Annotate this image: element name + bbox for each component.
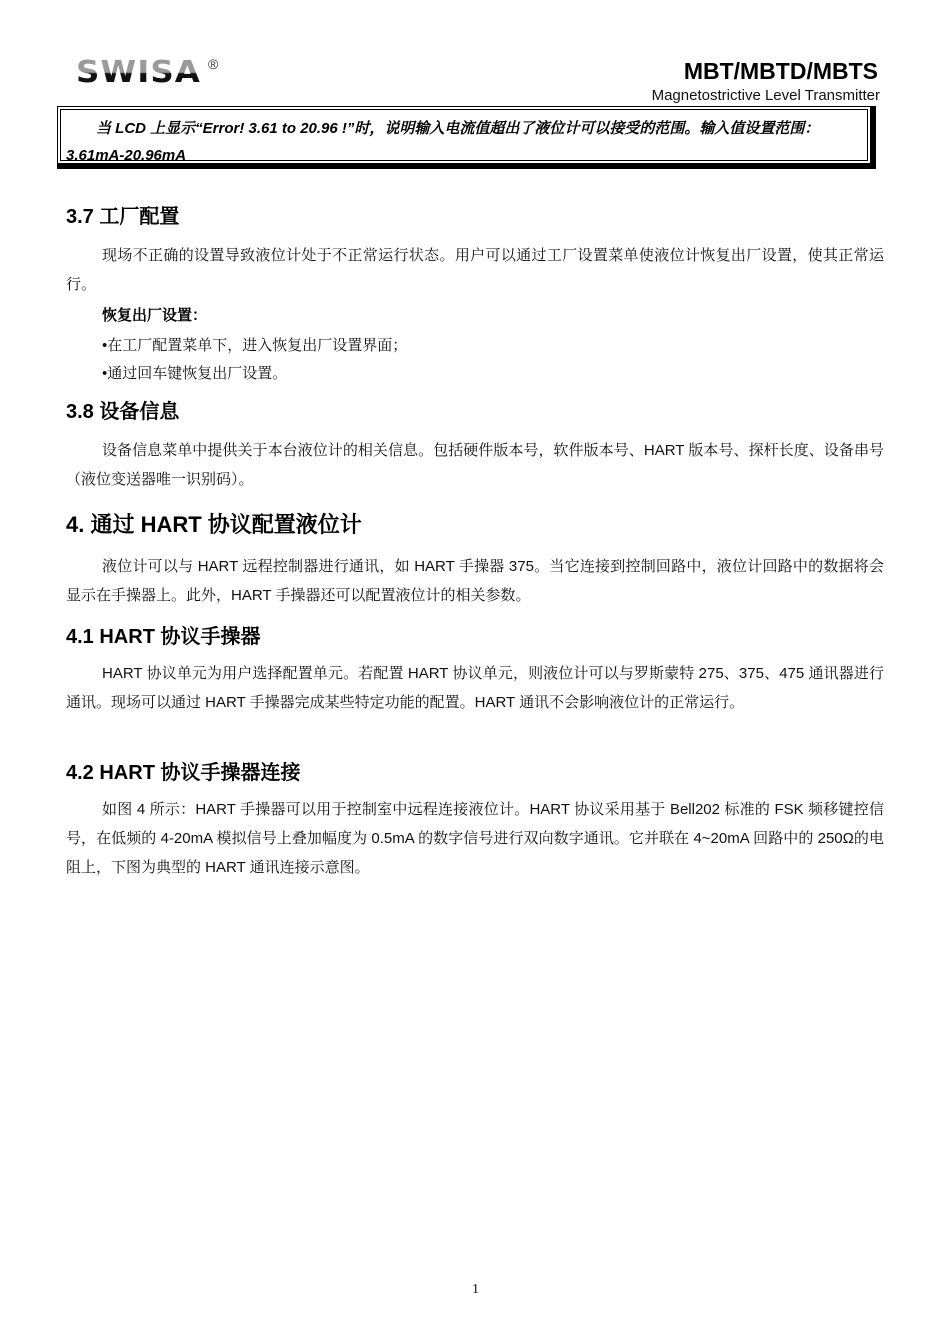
paragraph-3-8: 设备信息菜单中提供关于本台液位计的相关信息。包括硬件版本号，软件版本号、HART… (66, 436, 884, 494)
heading-4-2: 4.2 HART 协议手操器连接 (66, 756, 300, 785)
product-model: MBT/MBTD/MBTS (684, 58, 878, 85)
product-subtitle: Magnetostrictive Level Transmitter (652, 87, 880, 104)
heading-4-1: 4.1 HART 协议手操器 (66, 620, 260, 649)
heading-3-7: 3.7 工厂配置 (66, 200, 179, 229)
paragraph-4-2: 如图 4 所示：HART 手操器可以用于控制室中远程连接液位计。HART 协议采… (66, 795, 884, 882)
paragraph-3-7: 现场不正确的设置导致液位计处于不正常运行状态。用户可以通过工厂设置菜单使液位计恢… (66, 241, 884, 299)
heading-3-8: 3.8 设备信息 (66, 395, 179, 424)
subheading-restore-factory: 恢复出厂设置： (102, 304, 207, 325)
registered-mark: ® (208, 56, 218, 72)
bullet-item: •通过回车键恢复出厂设置。 (102, 362, 287, 383)
error-notice-box: 当 LCD 上显示“Error! 3.61 to 20.96 !”时，说明输入电… (57, 106, 876, 169)
swisa-logo: SWISA (76, 56, 201, 90)
bullet-item: •在工厂配置菜单下，进入恢复出厂设置界面； (102, 334, 407, 355)
document-page: SWISA ® MBT/MBTD/MBTS Magnetostrictive L… (0, 0, 950, 1344)
paragraph-4-1: HART 协议单元为用户选择配置单元。若配置 HART 协议单元，则液位计可以与… (66, 659, 884, 717)
heading-4: 4. 通过 HART 协议配置液位计 (66, 508, 362, 539)
error-notice-text: 当 LCD 上显示“Error! 3.61 to 20.96 !”时，说明输入电… (66, 115, 864, 169)
page-number: 1 (472, 1282, 479, 1298)
paragraph-4: 液位计可以与 HART 远程控制器进行通讯，如 HART 手操器 375。当它连… (66, 552, 884, 610)
